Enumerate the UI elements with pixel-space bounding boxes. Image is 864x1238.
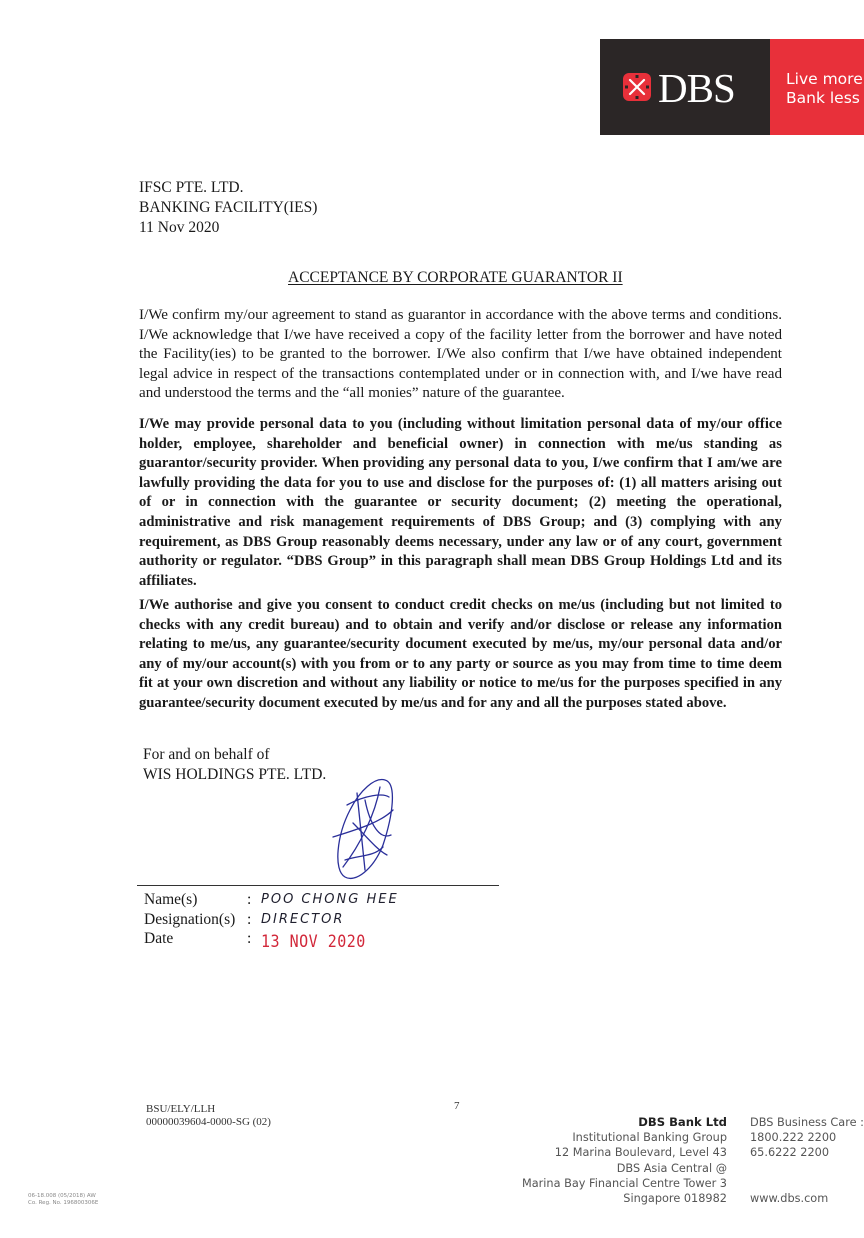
paragraph-personal-data: I/We may provide personal data to you (i… (139, 415, 782, 591)
designation-value: DIRECTOR (261, 910, 344, 930)
phone-number: 1800.222 2200 (750, 1130, 864, 1145)
name-value: POO CHONG HEE (261, 890, 399, 910)
tagline-line-2: Bank less (786, 89, 864, 108)
registration-info: 06-18.008 (05/2018) AW Co. Reg. No. 1968… (28, 1193, 98, 1207)
name-row: Name(s) : POO CHONG HEE (144, 890, 399, 910)
dbs-star-icon (622, 72, 652, 102)
dbs-banner: DBS Live more, Bank less (600, 39, 864, 135)
address-line: Institutional Banking Group (500, 1130, 727, 1145)
signature-image (325, 775, 415, 887)
tagline-line-1: Live more, (786, 70, 864, 89)
reference-line-1: BSU/ELY/LLH (146, 1103, 271, 1116)
reference-line-2: 00000039604-0000-SG (02) (146, 1116, 271, 1129)
signatory-details: Name(s) : POO CHONG HEE Designation(s) :… (144, 890, 399, 949)
dbs-logo: DBS (600, 39, 770, 135)
website-link[interactable]: www.dbs.com (750, 1191, 864, 1206)
form-code: 06-18.008 (05/2018) AW (28, 1193, 98, 1200)
bank-address: DBS Bank Ltd Institutional Banking Group… (500, 1115, 727, 1206)
address-line: DBS Asia Central @ (500, 1161, 727, 1176)
date-stamp: 13 NOV 2020 (261, 931, 366, 950)
dbs-wordmark: DBS (658, 68, 735, 109)
address-line: 12 Marina Boulevard, Level 43 (500, 1145, 727, 1160)
addressee-company: IFSC PTE. LTD. (139, 178, 317, 198)
behalf-label: For and on behalf of (143, 745, 326, 765)
paragraph-credit-check-consent: I/We authorise and give you consent to c… (139, 596, 782, 714)
signature-line (137, 885, 499, 886)
phone-number: 65.6222 2200 (750, 1145, 864, 1160)
address-line: Marina Bay Financial Centre Tower 3 (500, 1176, 727, 1191)
reference-code: BSU/ELY/LLH 00000039604-0000-SG (02) (146, 1103, 271, 1129)
date-label: Date (144, 929, 247, 949)
behalf-block: For and on behalf of WIS HOLDINGS PTE. L… (143, 745, 326, 784)
colon: : (247, 890, 261, 910)
address-line: Singapore 018982 (500, 1191, 727, 1206)
care-label: DBS Business Care : (750, 1115, 864, 1130)
business-care-contact: DBS Business Care : 1800.222 2200 65.622… (750, 1115, 864, 1206)
designation-row: Designation(s) : DIRECTOR (144, 910, 399, 930)
signatory-company: WIS HOLDINGS PTE. LTD. (143, 765, 326, 785)
document-title: ACCEPTANCE BY CORPORATE GUARANTOR II (288, 269, 623, 287)
letter-date: 11 Nov 2020 (139, 218, 317, 238)
date-row: Date : 13 NOV 2020 (144, 929, 399, 949)
colon: : (247, 929, 261, 949)
bank-name: DBS Bank Ltd (500, 1115, 727, 1130)
addressee-subject: BANKING FACILITY(IES) (139, 198, 317, 218)
page-number: 7 (454, 1100, 460, 1112)
colon: : (247, 910, 261, 930)
name-label: Name(s) (144, 890, 247, 910)
addressee-block: IFSC PTE. LTD. BANKING FACILITY(IES) 11 … (139, 178, 317, 237)
company-reg-no: Co. Reg. No. 196800306E (28, 1200, 98, 1207)
tagline: Live more, Bank less (770, 39, 864, 135)
designation-label: Designation(s) (144, 910, 247, 930)
paragraph-guarantor-confirmation: I/We confirm my/our agreement to stand a… (139, 306, 782, 404)
